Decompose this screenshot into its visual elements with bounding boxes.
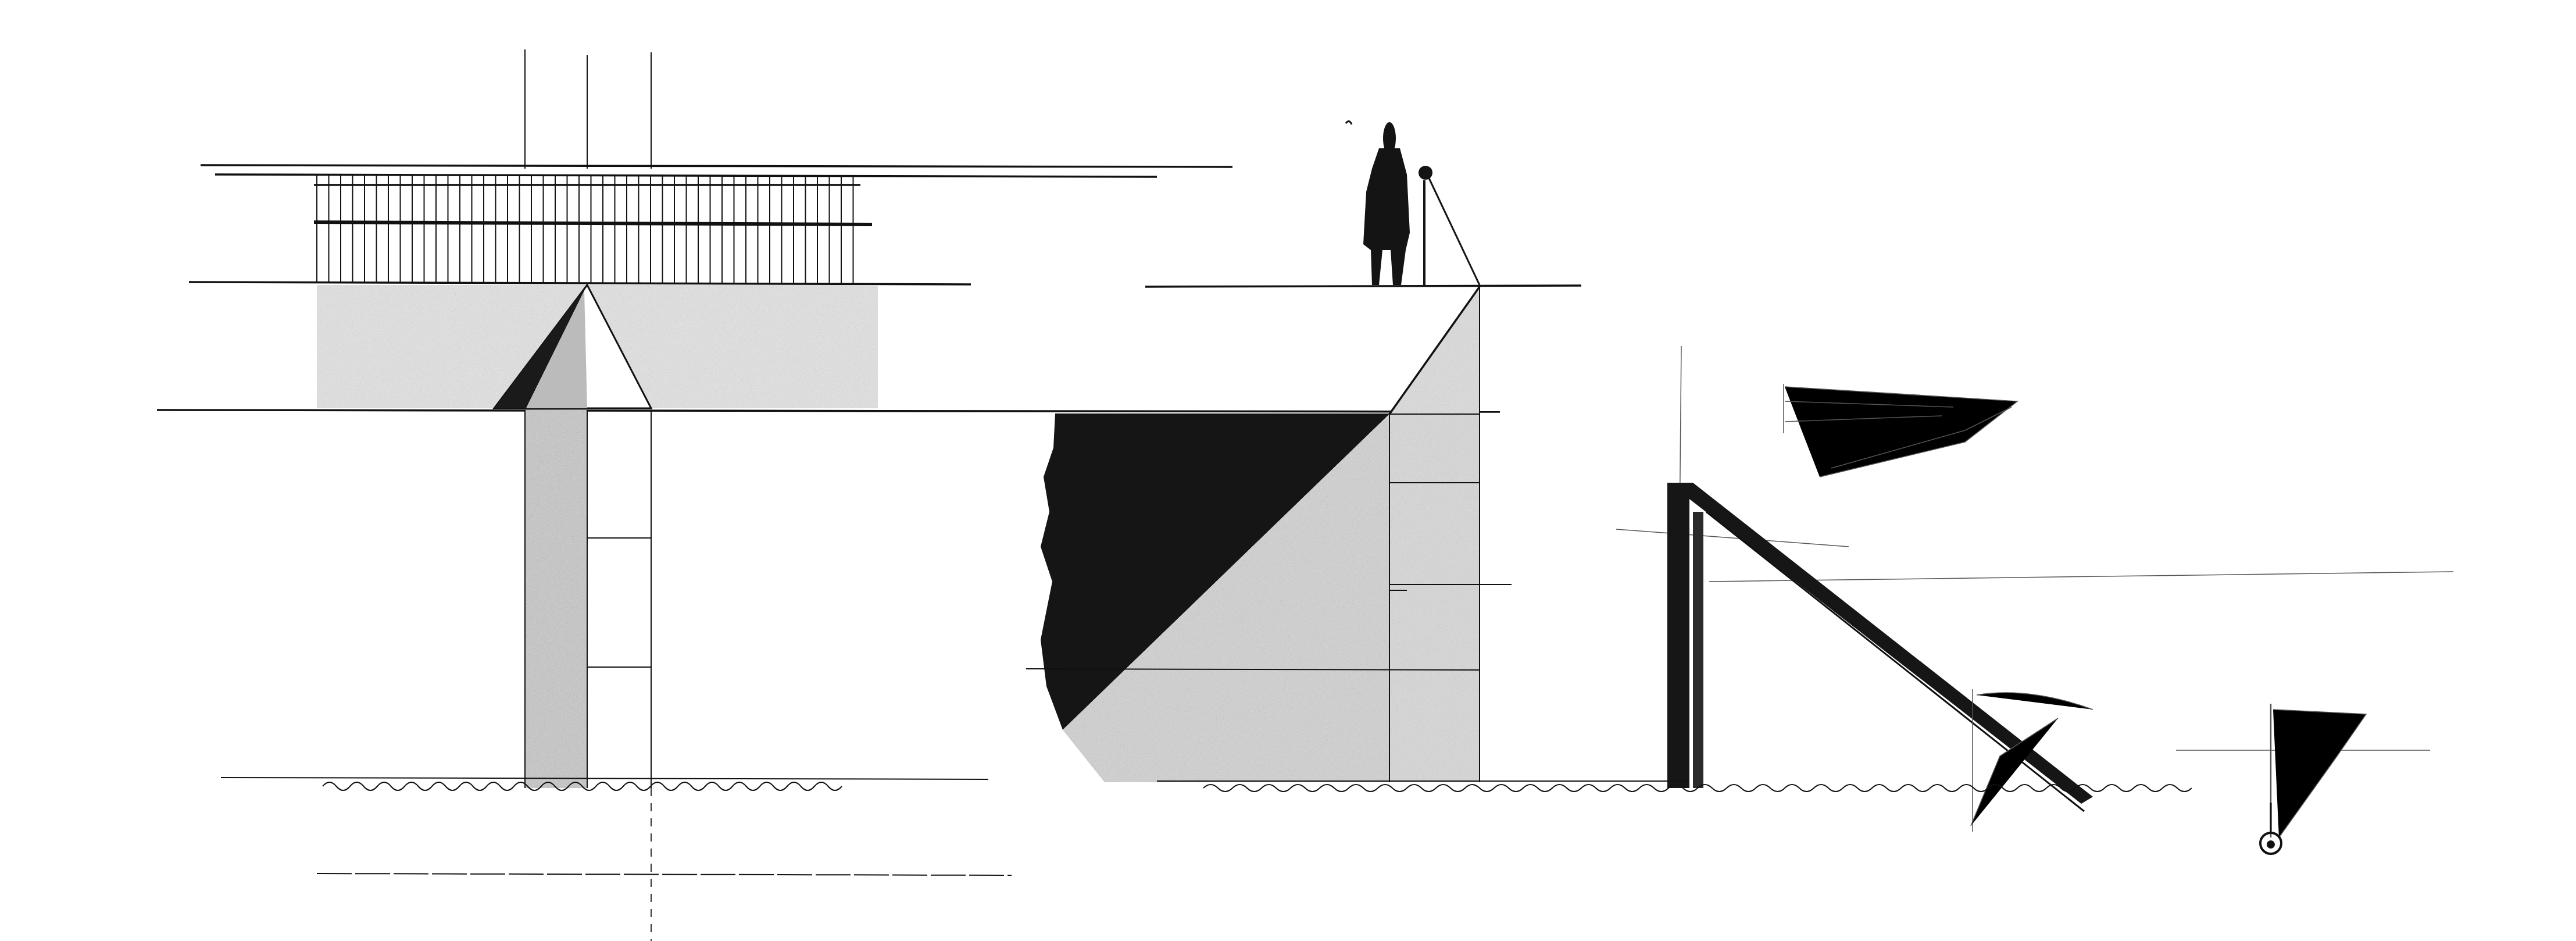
sail-sketch-upper [1784, 384, 2017, 477]
human-figure [1346, 121, 1480, 285]
dark-triangle-pier [1026, 286, 1581, 782]
architectural-sketch [0, 0, 2576, 941]
railing-balusters [317, 176, 853, 283]
